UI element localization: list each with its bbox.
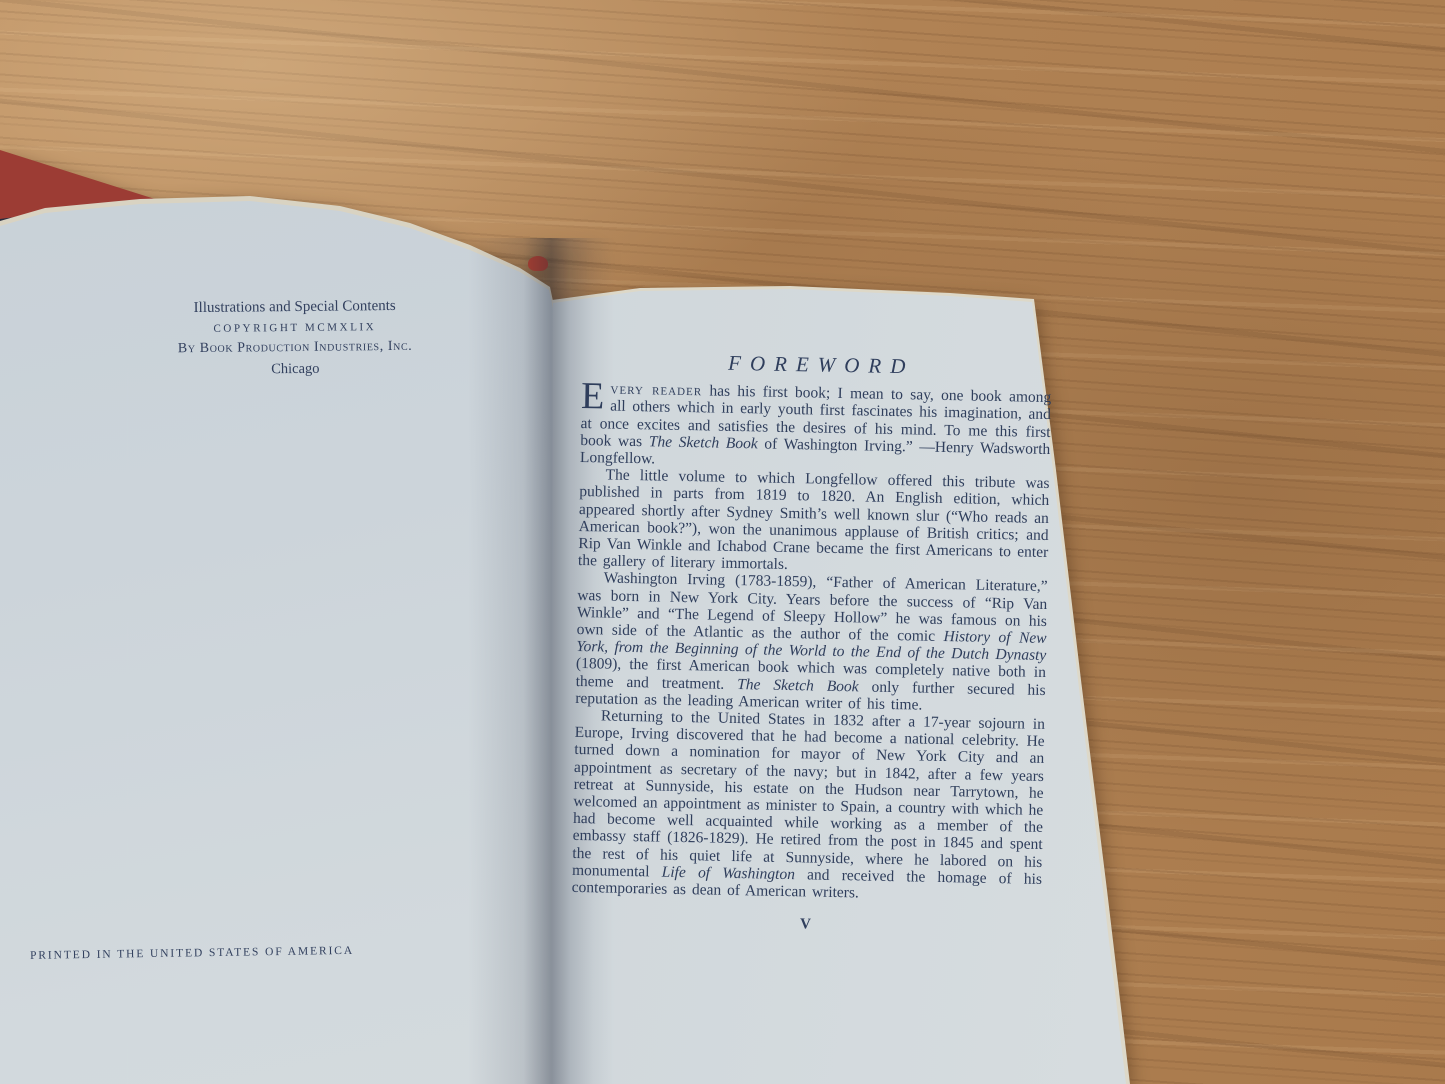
foreword-paragraph: The little volume to which Longfellow of…: [578, 466, 1050, 578]
foreword-paragraph: Every reader has his first book; I mean …: [580, 380, 1052, 475]
copyright-block: Illustrations and Special Contents COPYR…: [114, 297, 477, 380]
open-book: Illustrations and Special Contents COPYR…: [0, 0, 1445, 1084]
foreword-paragraph: Returning to the United States in 1832 a…: [572, 707, 1046, 905]
foreword-paragraphs: Every reader has his first book; I mean …: [572, 380, 1052, 905]
copyright-line-publisher: By Book Production Industries, Inc.: [114, 338, 476, 358]
copyright-line-year: COPYRIGHT MCMXLIX: [114, 320, 476, 336]
copyright-line-illustrations: Illustrations and Special Contents: [114, 297, 476, 318]
red-spine-glimpse: [528, 256, 548, 271]
foreword-paragraph: Washington Irving (1783-1859), “Father o…: [575, 569, 1048, 716]
foreword-text-block: FOREWORD Every reader has his first book…: [571, 352, 1052, 938]
wood-table-background: Illustrations and Special Contents COPYR…: [0, 0, 1445, 1084]
